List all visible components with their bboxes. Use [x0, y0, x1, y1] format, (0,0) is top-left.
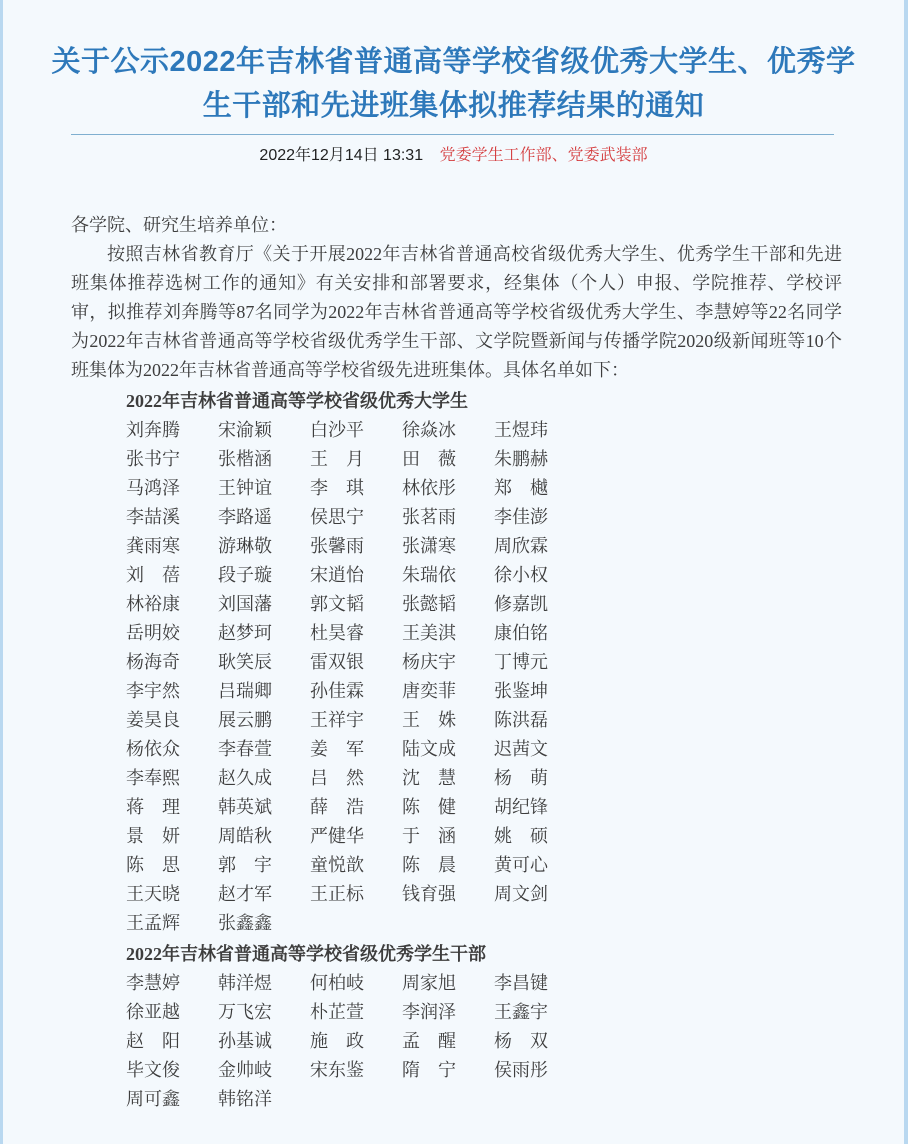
student-name: 岳明姣	[126, 619, 218, 648]
student-name: 田 薇	[402, 445, 494, 474]
student-name: 展云鹏	[218, 706, 310, 735]
student-name: 段子璇	[218, 561, 310, 590]
student-name: 王祥宇	[310, 706, 402, 735]
student-name: 杨 双	[494, 1027, 586, 1056]
student-name: 李春萱	[218, 735, 310, 764]
section-heading: 2022年吉林省普通高等学校省级优秀学生干部	[126, 940, 842, 969]
student-name: 李昌键	[494, 969, 586, 998]
student-name: 朴芷萱	[310, 998, 402, 1027]
student-name: 李慧婷	[126, 969, 218, 998]
student-name: 王 月	[310, 445, 402, 474]
student-name: 陈 思	[126, 851, 218, 880]
student-name: 张楷涵	[218, 445, 310, 474]
student-name: 万飞宏	[218, 998, 310, 1027]
student-name: 耿笑辰	[218, 648, 310, 677]
student-name: 郑 樾	[494, 474, 586, 503]
student-name: 张鑫鑫	[218, 909, 310, 938]
student-name: 姚 硕	[494, 822, 586, 851]
title-divider	[71, 134, 834, 135]
names-grid: 李慧婷韩洋煜何柏岐周家旭李昌键徐亚越万飞宏朴芷萱李润泽王鑫宇赵 阳孙基诚施 政孟…	[126, 969, 842, 1114]
student-name: 于 涵	[402, 822, 494, 851]
student-name: 迟茜文	[494, 735, 586, 764]
student-name: 杨 萌	[494, 764, 586, 793]
student-name: 徐小权	[494, 561, 586, 590]
student-name: 张懿韬	[402, 590, 494, 619]
student-name: 朱瑞依	[402, 561, 494, 590]
student-name: 王正标	[310, 880, 402, 909]
notice-paragraph: 按照吉林省教育厅《关于开展2022年吉林省普通高校省级优秀大学生、优秀学生干部和…	[71, 240, 842, 385]
student-name: 陈 健	[402, 793, 494, 822]
student-name: 钱育强	[402, 880, 494, 909]
student-name: 林依彤	[402, 474, 494, 503]
student-name: 康伯铭	[494, 619, 586, 648]
meta-line: 2022年12月14日 13:31 党委学生工作部、党委武装部	[3, 145, 904, 167]
student-name: 李奉熙	[126, 764, 218, 793]
student-name: 姜 军	[310, 735, 402, 764]
student-name: 胡纪锋	[494, 793, 586, 822]
publisher-departments: 党委学生工作部、党委武装部	[440, 147, 648, 164]
sections: 2022年吉林省普通高等学校省级优秀大学生刘奔腾宋渝颖白沙平徐焱冰王煜玮张书宁张…	[126, 387, 842, 1114]
student-name: 严健华	[310, 822, 402, 851]
student-name: 徐亚越	[126, 998, 218, 1027]
student-name: 孟 醒	[402, 1027, 494, 1056]
student-name: 侯思宁	[310, 503, 402, 532]
student-name: 王煜玮	[494, 416, 586, 445]
student-name: 王天晓	[126, 880, 218, 909]
student-name: 张鉴坤	[494, 677, 586, 706]
student-name: 陆文成	[402, 735, 494, 764]
student-name: 薛 浩	[310, 793, 402, 822]
student-name: 宋东鉴	[310, 1056, 402, 1085]
student-name: 郭文韬	[310, 590, 402, 619]
student-name: 刘国藩	[218, 590, 310, 619]
student-name: 修嘉凯	[494, 590, 586, 619]
section-heading: 2022年吉林省普通高等学校省级优秀大学生	[126, 387, 842, 416]
student-name: 姜昊良	[126, 706, 218, 735]
student-name: 马鸿泽	[126, 474, 218, 503]
student-name: 景 妍	[126, 822, 218, 851]
student-name: 沈 慧	[402, 764, 494, 793]
student-name: 毕文俊	[126, 1056, 218, 1085]
names-grid: 刘奔腾宋渝颖白沙平徐焱冰王煜玮张书宁张楷涵王 月田 薇朱鹏赫马鸿泽王钟谊李 琪林…	[126, 416, 842, 938]
page-title-line-2: 生干部和先进班集体拟推荐结果的通知	[51, 84, 856, 128]
student-name: 侯雨彤	[494, 1056, 586, 1085]
student-name: 杨依众	[126, 735, 218, 764]
student-name: 雷双银	[310, 648, 402, 677]
student-name: 韩洋煜	[218, 969, 310, 998]
student-name: 王鑫宇	[494, 998, 586, 1027]
student-name: 周文剑	[494, 880, 586, 909]
student-name: 李佳澎	[494, 503, 586, 532]
student-name: 丁博元	[494, 648, 586, 677]
student-name: 李宇然	[126, 677, 218, 706]
student-name: 王孟辉	[126, 909, 218, 938]
student-name: 刘奔腾	[126, 416, 218, 445]
student-name: 李路遥	[218, 503, 310, 532]
student-name: 赵梦珂	[218, 619, 310, 648]
student-name: 张书宁	[126, 445, 218, 474]
student-name: 张茗雨	[402, 503, 494, 532]
student-name: 宋逍怡	[310, 561, 402, 590]
student-name: 金帅岐	[218, 1056, 310, 1085]
student-name: 杨海奇	[126, 648, 218, 677]
notice-page: 关于公示2022年吉林省普通高等学校省级优秀大学生、优秀学 生干部和先进班集体拟…	[0, 0, 908, 1144]
student-name: 李喆溪	[126, 503, 218, 532]
student-name: 吕 然	[310, 764, 402, 793]
student-name: 施 政	[310, 1027, 402, 1056]
student-name: 周皓秋	[218, 822, 310, 851]
publish-date: 2022年12月14日 13:31	[259, 147, 423, 164]
student-name: 宋渝颖	[218, 416, 310, 445]
student-name: 童悦歆	[310, 851, 402, 880]
student-name: 赵 阳	[126, 1027, 218, 1056]
student-name: 王 姝	[402, 706, 494, 735]
page-title: 关于公示2022年吉林省普通高等学校省级优秀大学生、优秀学 生干部和先进班集体拟…	[51, 40, 856, 128]
student-name: 白沙平	[310, 416, 402, 445]
salutation: 各学院、研究生培养单位：	[71, 211, 842, 240]
student-name: 游琳敬	[218, 532, 310, 561]
student-name: 龚雨寒	[126, 532, 218, 561]
student-name: 王钟谊	[218, 474, 310, 503]
student-name: 孙基诚	[218, 1027, 310, 1056]
student-name: 朱鹏赫	[494, 445, 586, 474]
student-name: 黄可心	[494, 851, 586, 880]
student-name: 何柏岐	[310, 969, 402, 998]
student-name: 赵久成	[218, 764, 310, 793]
student-name: 杜昊睿	[310, 619, 402, 648]
student-name: 张馨雨	[310, 532, 402, 561]
student-name: 郭 宇	[218, 851, 310, 880]
notice-body: 各学院、研究生培养单位： 按照吉林省教育厅《关于开展2022年吉林省普通高校省级…	[71, 211, 842, 1114]
student-name: 韩铭洋	[218, 1085, 310, 1114]
student-name: 吕瑞卿	[218, 677, 310, 706]
student-name: 唐奕菲	[402, 677, 494, 706]
student-name: 张潇寒	[402, 532, 494, 561]
student-name: 王美淇	[402, 619, 494, 648]
student-name: 韩英斌	[218, 793, 310, 822]
student-name: 徐焱冰	[402, 416, 494, 445]
student-name: 赵才军	[218, 880, 310, 909]
student-name: 李润泽	[402, 998, 494, 1027]
student-name: 周家旭	[402, 969, 494, 998]
student-name: 李 琪	[310, 474, 402, 503]
student-name: 林裕康	[126, 590, 218, 619]
student-name: 陈 晨	[402, 851, 494, 880]
student-name: 蒋 理	[126, 793, 218, 822]
student-name: 陈洪磊	[494, 706, 586, 735]
student-name: 隋 宁	[402, 1056, 494, 1085]
student-name: 孙佳霖	[310, 677, 402, 706]
student-name: 刘 蓓	[126, 561, 218, 590]
student-name: 周欣霖	[494, 532, 586, 561]
student-name: 杨庆宇	[402, 648, 494, 677]
student-name: 周可鑫	[126, 1085, 218, 1114]
page-title-line-1: 关于公示2022年吉林省普通高等学校省级优秀大学生、优秀学	[51, 40, 856, 84]
